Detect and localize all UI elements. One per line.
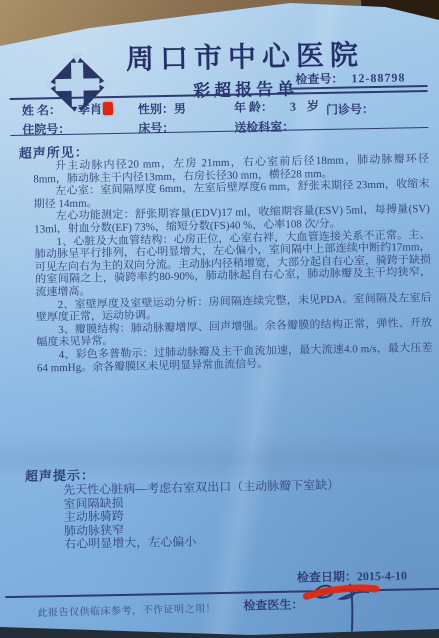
exam-number-value: 12-88798 xyxy=(351,70,405,85)
age-label: 年 龄： xyxy=(234,100,273,115)
photo-frame: 周口市中心医院 彩超报告单 检查号：12-88798 姓 名： 李肖 性别：男 … xyxy=(0,0,439,638)
name-value: 李肖 xyxy=(78,102,102,116)
exam-number: 检查号：12-88798 xyxy=(295,68,405,87)
outpatient-no-field: 门诊号： xyxy=(326,100,374,118)
age-value: 3 xyxy=(290,100,296,114)
name-label: 姓 名： xyxy=(22,103,61,118)
bed-no-field: 床号： xyxy=(138,119,174,137)
findings-body: 升主动脉内径20 mm，左房 21mm，右心室前后径18mm，肺动脉瓣环径8mm… xyxy=(33,153,433,375)
gender-label: 性别： xyxy=(138,102,174,117)
outpatient-label: 门诊号： xyxy=(326,102,374,117)
doctor-signature xyxy=(298,571,409,633)
disclaimer-text: 此报告仅供临床参考，不作证明之用！ xyxy=(37,600,216,620)
report-content: 周口市中心医院 彩超报告单 检查号：12-88798 姓 名： 李肖 性别：男 … xyxy=(0,0,439,638)
patient-name-field: 姓 名： 李肖 xyxy=(22,100,113,119)
name-redaction xyxy=(103,102,113,115)
dept-field: 送检科室： xyxy=(234,118,294,136)
findings-paragraph: 1、心脏及大血管结构：心房正位，心室右袢，大血管连接关系不正常。主、肺动脉呈平行… xyxy=(34,229,431,300)
doctor-label: 检查医生： xyxy=(243,595,303,613)
gender-value: 男 xyxy=(174,102,186,116)
patient-age-field: 年 龄： 3 岁 xyxy=(234,97,319,116)
dept-label: 送检科室： xyxy=(234,120,294,135)
patient-gender-field: 性别：男 xyxy=(138,100,186,118)
exam-number-label: 检查号： xyxy=(295,72,343,87)
impression-list: 先天性心脏病—考虑右室双出口（主动脉瓣下室缺） 室间隔缺损 主动脉骑跨 肺动脉狭… xyxy=(63,477,424,551)
patient-table-bottom-rule xyxy=(10,127,428,136)
age-unit: 岁 xyxy=(307,99,319,113)
